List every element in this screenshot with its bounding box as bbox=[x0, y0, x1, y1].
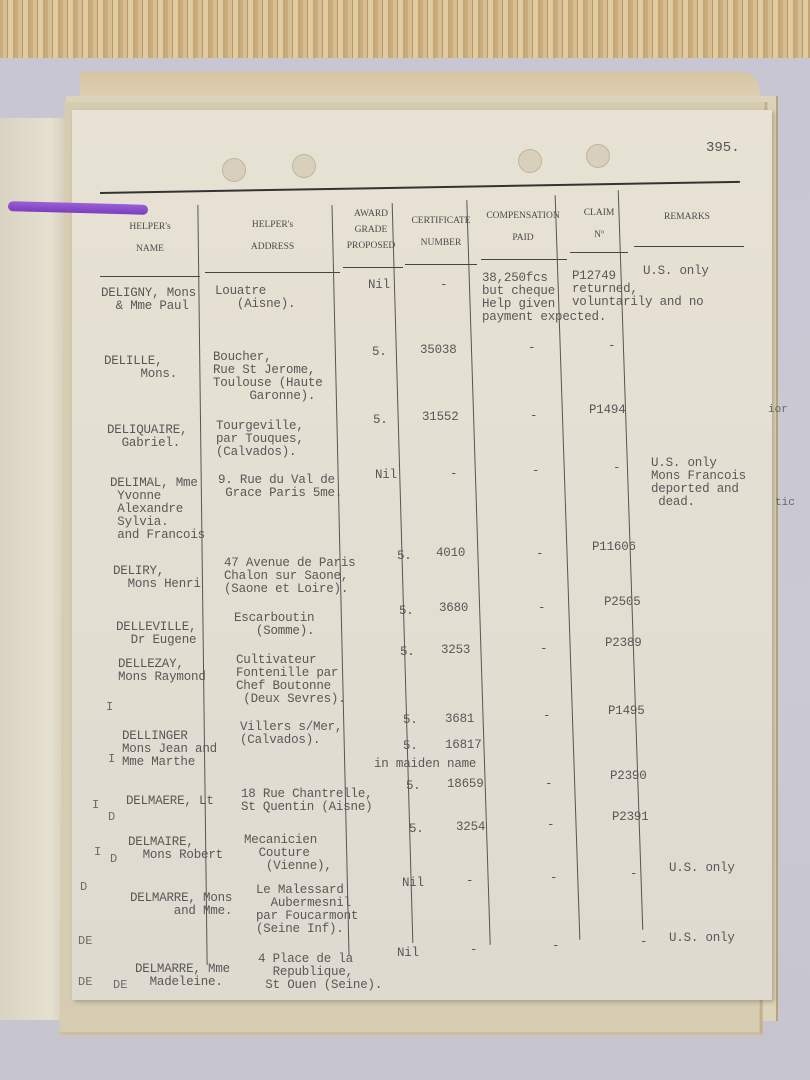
helper-address: Louatre (Aisne). bbox=[215, 285, 295, 311]
compensation-paid: - bbox=[530, 410, 537, 423]
rule bbox=[205, 272, 340, 273]
helper-name: DELMARRE, Mme Madeleine. bbox=[135, 963, 230, 989]
compensation-paid: - bbox=[552, 940, 559, 953]
margin-letter: D bbox=[80, 880, 87, 894]
claim-number: - bbox=[640, 936, 647, 949]
helper-name: DELIRY, Mons Henri bbox=[113, 565, 201, 591]
compensation-paid: - bbox=[540, 643, 547, 656]
claim-number: P2390 bbox=[610, 770, 647, 783]
certificate-number: 3680 bbox=[439, 602, 468, 615]
helper-name: DELMARRE, Mons and Mme. bbox=[130, 892, 232, 918]
header-claim: CLAIM Nº bbox=[568, 202, 630, 246]
margin-letter: I bbox=[94, 845, 101, 859]
remarks: U.S. only Mons Francois deported and dea… bbox=[651, 457, 746, 509]
certificate-number: 3681 16817 bbox=[445, 713, 482, 752]
certificate-number: - bbox=[470, 944, 477, 957]
award-grade: 5. bbox=[399, 605, 414, 618]
rule bbox=[481, 259, 567, 260]
award-grade: 5. bbox=[409, 823, 424, 836]
compensation-paid: - bbox=[545, 778, 552, 791]
helper-name: DELMAIRE, Mons Robert bbox=[128, 836, 223, 862]
helper-name: DELIMAL, Mme Yvonne Alexandre Sylvia. an… bbox=[110, 477, 205, 542]
award-grade: 5. bbox=[373, 414, 388, 427]
helper-name: DELIQUAIRE, Gabriel. bbox=[107, 424, 187, 450]
rule bbox=[634, 246, 744, 247]
margin-letter: DE bbox=[113, 978, 127, 992]
helper-address: Boucher, Rue St Jerome, Toulouse (Haute … bbox=[213, 351, 323, 403]
award-note: in maiden name bbox=[374, 758, 476, 771]
helper-name: DELMAERE, Lt bbox=[126, 795, 214, 808]
helper-name: DELLEZAY, Mons Raymond bbox=[118, 658, 206, 684]
compensation-paid: - bbox=[536, 548, 543, 561]
header-name: HELPER's NAME bbox=[100, 216, 200, 260]
compensation-paid: - bbox=[538, 602, 545, 615]
helper-name: DELLINGER Mons Jean and Mme Marthe bbox=[122, 730, 217, 769]
compensation-paid: - bbox=[547, 819, 554, 832]
helper-name: DELLEVILLE, Dr Eugene bbox=[116, 621, 196, 647]
compensation-paid: - bbox=[528, 342, 535, 355]
page-number: 395. bbox=[706, 140, 740, 156]
award-grade: 5. bbox=[406, 780, 421, 793]
claim-number: P11606 bbox=[592, 541, 636, 554]
claim-number: P2389 bbox=[605, 637, 642, 650]
margin-letter: DE bbox=[78, 975, 92, 989]
punch-hole bbox=[222, 158, 246, 182]
helper-address: Le Malessard Aubermesnil par Foucarmont … bbox=[256, 884, 358, 936]
certificate-number: - bbox=[466, 875, 473, 888]
helper-address: Tourgeville, par Touques, (Calvados). bbox=[216, 420, 304, 459]
claim-number: - bbox=[613, 462, 620, 475]
helper-address: 18 Rue Chantrelle, St Quentin (Aisne) bbox=[241, 788, 372, 814]
claim-number: P2505 bbox=[604, 596, 641, 609]
helper-address: 47 Avenue de Paris Chalon sur Saone, (Sa… bbox=[224, 557, 355, 596]
award-grade: Nil bbox=[397, 947, 419, 960]
claim-number: - bbox=[608, 340, 615, 353]
remarks: U.S. only bbox=[669, 862, 735, 875]
punch-hole bbox=[518, 149, 542, 173]
claim-number: P1495 bbox=[608, 705, 645, 718]
award-grade: Nil bbox=[402, 877, 424, 890]
award-grade: 5. bbox=[400, 646, 415, 659]
helper-address: Cultivateur Fontenille par Chef Boutonne… bbox=[236, 654, 346, 706]
helper-address: 4 Place de la Republique, St Ouen (Seine… bbox=[258, 953, 382, 992]
margin-letter: I bbox=[106, 700, 113, 714]
helper-address: Mecanicien Couture (Vienne), bbox=[244, 834, 332, 873]
claim-number: P2391 bbox=[612, 811, 649, 824]
compensation-paid: - bbox=[532, 465, 539, 478]
remarks: U.S. only bbox=[643, 265, 709, 278]
helper-address: Escarboutin (Somme). bbox=[234, 612, 314, 638]
rule bbox=[100, 276, 200, 277]
margin-letter: D bbox=[108, 810, 115, 824]
certificate-number: - bbox=[440, 279, 447, 292]
punch-hole bbox=[586, 144, 610, 168]
award-grade: Nil bbox=[368, 279, 390, 292]
margin-letter: I bbox=[92, 798, 99, 812]
certificate-number: 3254 bbox=[456, 821, 485, 834]
header-address: HELPER's ADDRESS bbox=[205, 214, 340, 258]
certificate-number: 3253 bbox=[441, 644, 470, 657]
margin-letter: D bbox=[110, 852, 117, 866]
rule bbox=[405, 264, 477, 265]
award-grade: 5. bbox=[397, 550, 412, 563]
certificate-number: 31552 bbox=[422, 411, 459, 424]
certificate-number: 4010 bbox=[436, 547, 465, 560]
helper-name: DELILLE, Mons. bbox=[104, 355, 177, 381]
compensation-paid: - bbox=[543, 710, 550, 723]
helper-address: 9. Rue du Val de Grace Paris 5me. bbox=[218, 474, 342, 500]
punch-hole bbox=[292, 154, 316, 178]
helper-name: DELIGNY, Mons & Mme Paul bbox=[101, 287, 196, 313]
claim-number: P1494 bbox=[589, 404, 626, 417]
header-remarks: REMARKS bbox=[632, 206, 742, 228]
award-grade: Nil bbox=[375, 469, 397, 482]
helper-address: Villers s/Mer, (Calvados). bbox=[240, 721, 342, 747]
margin-letter: DE bbox=[78, 934, 92, 948]
edge-fragment: ior bbox=[768, 404, 788, 416]
certificate-number: 18659 bbox=[447, 778, 484, 791]
claim-number: - bbox=[630, 868, 637, 881]
wooden-surface bbox=[0, 0, 810, 66]
award-grade: 5. 5. bbox=[403, 714, 418, 753]
compensation-paid: - bbox=[550, 872, 557, 885]
margin-letter: I bbox=[108, 752, 115, 766]
award-grade: 5. bbox=[372, 346, 387, 359]
certificate-number: 35038 bbox=[420, 344, 457, 357]
certificate-number: - bbox=[450, 468, 457, 481]
remarks: U.S. only bbox=[669, 932, 735, 945]
edge-fragment: tic bbox=[775, 497, 795, 509]
